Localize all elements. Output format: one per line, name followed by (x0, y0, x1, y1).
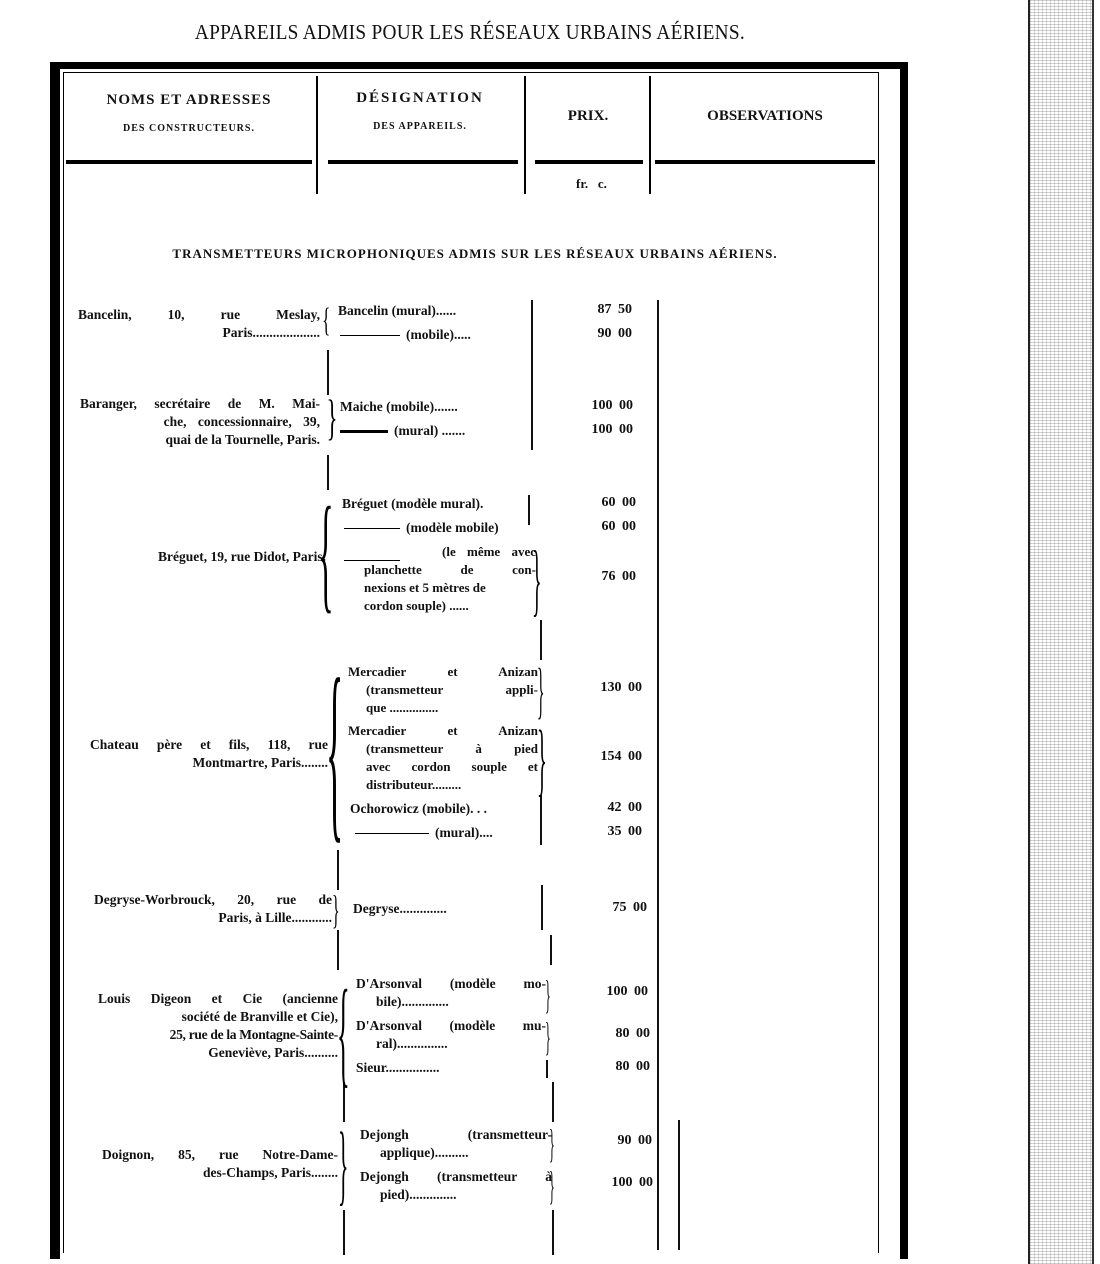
header-makers-main: NOMS ET ADRESSES (66, 92, 312, 109)
designation-line: nexions et 5 mètres de (344, 579, 536, 597)
brace-icon: { (326, 650, 343, 850)
maker-line: Louis Digeon et Cie (ancienne (98, 990, 338, 1008)
header-rule (535, 160, 643, 164)
designation-line: D'Arsonval (modèle mu- (356, 1017, 546, 1035)
column-divider (337, 930, 339, 970)
designation-line: ral)............... (356, 1035, 546, 1053)
designation-line: Mercadier et Anizan (348, 663, 538, 681)
price: 60 00 (556, 519, 636, 535)
maker-line: 25, rue de la Montagne-Sainte- (98, 1026, 338, 1044)
ditto-dash (340, 335, 400, 336)
header-designation: DÉSIGNATION DES APPAREILS. (320, 90, 520, 132)
column-divider (524, 76, 526, 194)
maker-name: Baranger, secrétaire de M. Mai- che, con… (80, 395, 320, 449)
price: 35 00 (562, 824, 642, 840)
column-divider (657, 300, 659, 1250)
column-divider (552, 1082, 554, 1122)
ditto-dash (340, 430, 388, 433)
price: 90 00 (572, 1133, 652, 1149)
column-divider (550, 935, 552, 965)
header-designation-sub: DES APPAREILS. (320, 121, 520, 132)
brace-icon: } (327, 392, 338, 442)
column-divider (528, 495, 530, 525)
designation: Degryse.............. (353, 900, 447, 918)
maker-name: Degryse-Worbrouck, 20, rue de Paris, à L… (94, 891, 332, 927)
column-divider (531, 300, 533, 450)
designation: Maiche (mobile)....... (340, 398, 458, 416)
designation-line: planchette de con- (344, 561, 536, 579)
column-divider (678, 1120, 680, 1250)
header-price: PRIX. (528, 108, 648, 125)
maker-line: Baranger, secrétaire de M. Mai- (80, 395, 320, 413)
designation: (modèle mobile) (344, 519, 499, 537)
designation: D'Arsonval (modèle mu- ral).............… (356, 1017, 546, 1053)
brace-icon: } (532, 540, 542, 620)
column-divider (541, 885, 543, 930)
designation-text: (le même avec (442, 543, 536, 561)
brace-icon: } (545, 975, 551, 1015)
price: 80 00 (570, 1059, 650, 1075)
designation-line: (transmetteur appli- (348, 681, 538, 699)
price: 154 00 (562, 749, 642, 765)
designation: (mobile)..... (340, 326, 471, 344)
maker-name: Louis Digeon et Cie (ancienne société de… (98, 990, 338, 1062)
designation: (mural).... (355, 824, 493, 842)
maker-line: Degryse-Worbrouck, 20, rue de (94, 891, 332, 909)
maker-line: Bancelin, 10, rue Meslay, (78, 306, 320, 324)
maker-line: Doignon, 85, rue Notre-Dame- (102, 1146, 338, 1164)
header-designation-main: DÉSIGNATION (320, 90, 520, 107)
header-observations: OBSERVATIONS (655, 108, 875, 125)
designation-line: (transmetteur à pied (348, 740, 538, 758)
designation: (le même avec planchette de con- nexions… (344, 543, 536, 615)
maker-line: des-Champs, Paris........ (102, 1164, 338, 1182)
price: 75 00 (567, 900, 647, 916)
designation: Bancelin (mural)...... (338, 302, 456, 320)
price: 60 00 (556, 495, 636, 511)
designation: Mercadier et Anizan (transmetteur appli-… (348, 663, 538, 717)
price: 100 00 (568, 984, 648, 1000)
brace-icon: } (332, 890, 340, 930)
price: 76 00 (556, 569, 636, 585)
designation-text: (mural).... (435, 825, 493, 840)
ditto-dash (344, 528, 400, 529)
designation: Ochorowicz (mobile). . . (350, 800, 487, 818)
maker-name: Doignon, 85, rue Notre-Dame- des-Champs,… (102, 1146, 338, 1182)
price: 130 00 (562, 680, 642, 696)
brace-icon: { (318, 488, 334, 618)
maker-name: Bancelin, 10, rue Meslay, Paris.........… (78, 306, 320, 342)
scanned-page-edge (1028, 0, 1094, 1264)
column-divider (546, 1060, 548, 1078)
designation: Dejongh (transmetteur à pied)...........… (360, 1168, 552, 1204)
header-makers-sub: DES CONSTRUCTEURS. (66, 123, 312, 134)
brace-icon: { (322, 304, 330, 338)
designation-line: cordon souple) ...... (344, 597, 536, 615)
designation-line: D'Arsonval (modèle mo- (356, 975, 546, 993)
price: 100 00 (553, 422, 633, 438)
maker-name: Bréguet, 19, rue Didot, Paris. (86, 548, 326, 566)
column-divider (316, 76, 318, 194)
designation: Sieur................ (356, 1059, 440, 1077)
brace-icon: } (549, 1124, 555, 1164)
designation-line: bile).............. (356, 993, 546, 1011)
ditto-dash (355, 833, 429, 834)
brace-icon: } (549, 1166, 555, 1206)
designation-line: (le même avec (344, 543, 536, 561)
maker-name: Chateau père et fils, 118, rue Montmartr… (90, 736, 328, 772)
designation: (mural) ....... (340, 422, 465, 440)
designation-text: (modèle mobile) (406, 520, 499, 535)
designation: Dejongh (transmetteur- applique)........… (360, 1126, 552, 1162)
maker-line: che, concessionnaire, 39, (80, 413, 320, 431)
designation-line: Dejongh (transmetteur à (360, 1168, 552, 1186)
ditto-dash (344, 551, 400, 561)
section-title: TRANSMETTEURS MICROPHONIQUES ADMIS SUR L… (110, 246, 840, 262)
maker-line: Montmartre, Paris........ (90, 754, 328, 772)
brace-icon: } (545, 1017, 551, 1057)
designation-text: (mobile)..... (406, 327, 471, 342)
price: 90 00 (552, 326, 632, 342)
designation-line: applique).......... (360, 1144, 552, 1162)
maker-line: Paris.................... (78, 324, 320, 342)
maker-line: société de Branville et Cie), (98, 1008, 338, 1026)
maker-line: Paris, à Lille............ (94, 909, 332, 927)
designation-line: Dejongh (transmetteur- (360, 1126, 552, 1144)
price: 100 00 (553, 398, 633, 414)
designation: Mercadier et Anizan (transmetteur à pied… (348, 722, 538, 794)
column-divider (552, 1210, 554, 1255)
price: 80 00 (570, 1026, 650, 1042)
brace-icon: { (337, 972, 350, 1092)
designation-line: pied).............. (360, 1186, 552, 1204)
designation-line: avec cordon souple et (348, 758, 538, 776)
maker-line: quai de la Tournelle, Paris. (80, 431, 320, 449)
maker-line: Geneviève, Paris.......... (98, 1044, 338, 1062)
header-rule (66, 160, 312, 164)
designation-line: Mercadier et Anizan (348, 722, 538, 740)
column-divider (540, 620, 542, 660)
column-divider (649, 76, 651, 194)
price: 42 00 (562, 800, 642, 816)
header-rule (655, 160, 875, 164)
price-units: fr. c. (576, 176, 607, 192)
brace-icon: } (537, 718, 547, 800)
designation-line: que ............... (348, 699, 538, 717)
header-makers: NOMS ET ADRESSES DES CONSTRUCTEURS. (66, 92, 312, 134)
column-divider (343, 1210, 345, 1255)
designation-line: distributeur......... (348, 776, 538, 794)
header-rule (328, 160, 518, 164)
page-title: APPAREILS ADMIS POUR LES RÉSEAUX URBAINS… (38, 20, 903, 45)
brace-icon: } (338, 1120, 348, 1210)
designation: Bréguet (modèle mural). (342, 495, 483, 513)
designation-text: (mural) ....... (394, 423, 465, 438)
price: 100 00 (573, 1175, 653, 1191)
price: 87 50 (552, 302, 632, 318)
designation: D'Arsonval (modèle mo- bile)............… (356, 975, 546, 1011)
maker-line: Chateau père et fils, 118, rue (90, 736, 328, 754)
